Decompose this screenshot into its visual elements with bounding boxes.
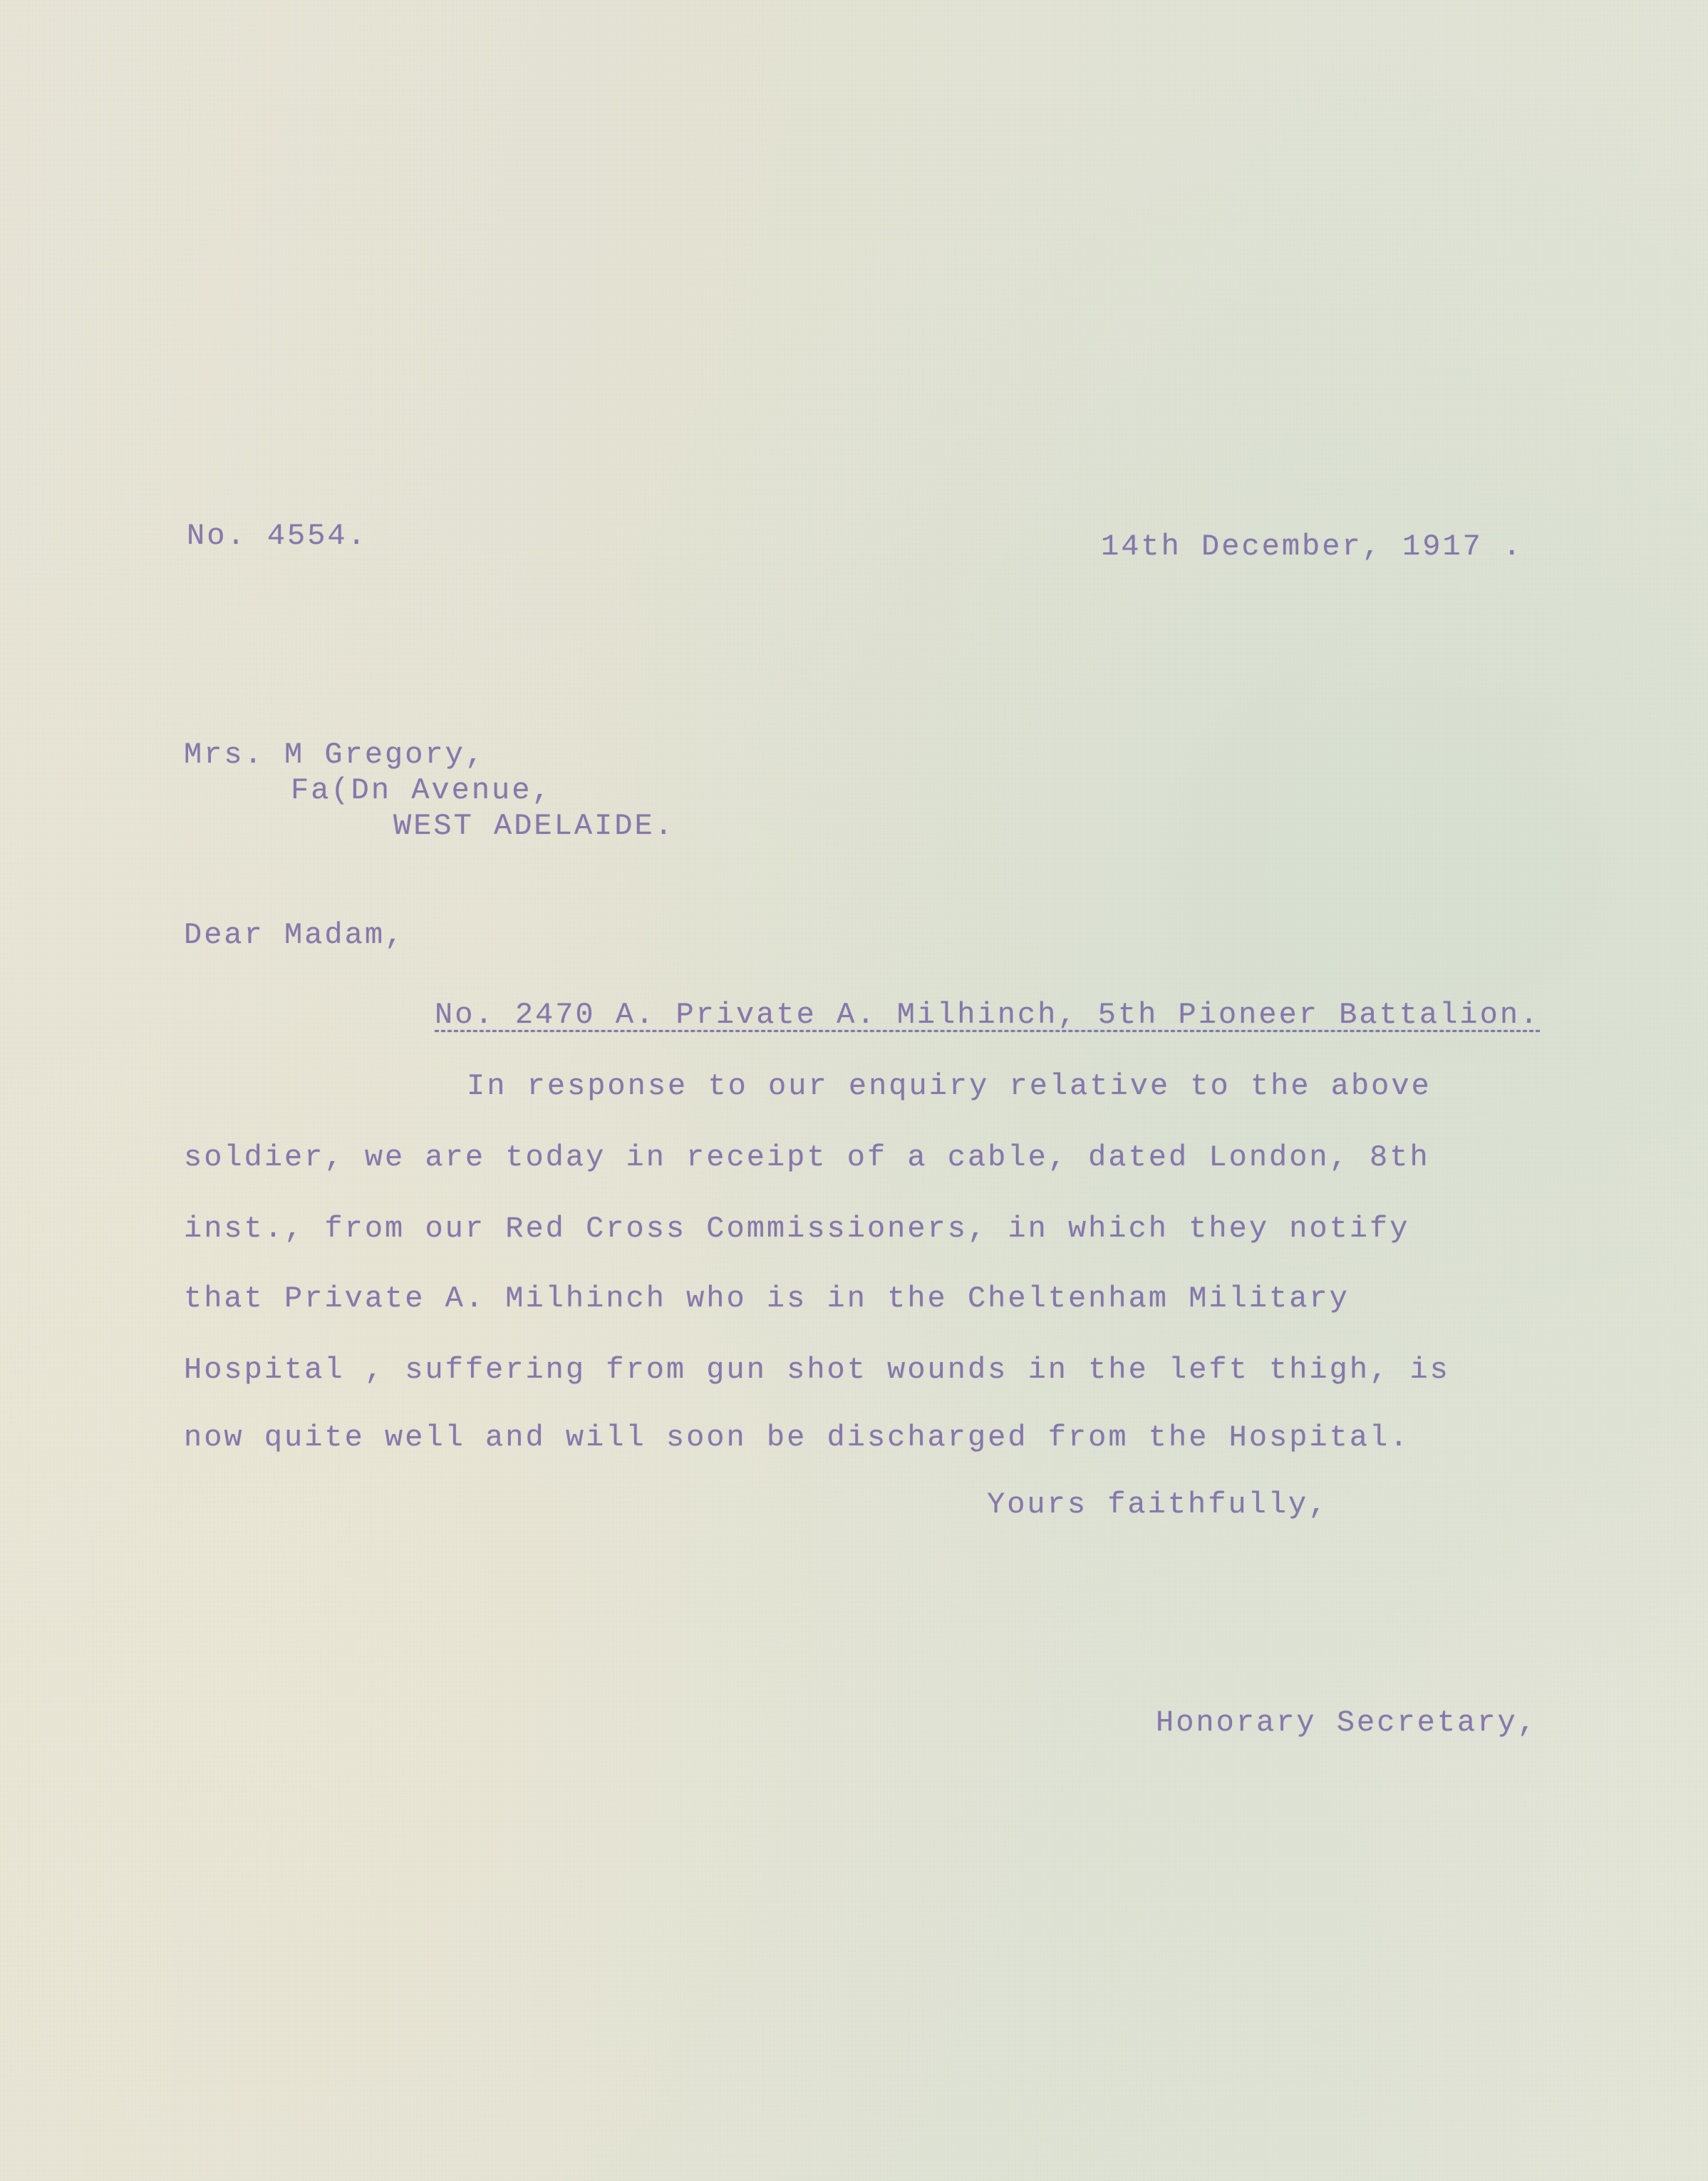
letter-page: No. 4554. 14th December, 1917 . Mrs. M G…	[0, 0, 1708, 2181]
body-line: In response to our enquiry relative to t…	[467, 1069, 1432, 1103]
closing: Yours faithfully,	[987, 1487, 1328, 1522]
letter-date: 14th December, 1917 .	[1101, 530, 1523, 564]
recipient-city: WEST ADELAIDE.	[393, 809, 675, 843]
salutation: Dear Madam,	[184, 918, 405, 952]
recipient-name: Mrs. M Gregory,	[184, 738, 485, 772]
signature-title: Honorary Secretary,	[1156, 1706, 1538, 1740]
reference-number: No. 4554.	[187, 519, 368, 553]
body-line: that Private A. Milhinch who is in the C…	[184, 1282, 1350, 1316]
body-line: Hospital , suffering from gun shot wound…	[184, 1353, 1450, 1387]
body-line: now quite well and will soon be discharg…	[184, 1421, 1409, 1455]
recipient-street: Fa(Dn Avenue,	[291, 773, 552, 808]
body-line: inst., from our Red Cross Commissioners,…	[184, 1212, 1409, 1246]
body-line: soldier, we are today in receipt of a ca…	[184, 1140, 1430, 1175]
subject-line: No. 2470 A. Private A. Milhinch, 5th Pio…	[435, 998, 1540, 1032]
